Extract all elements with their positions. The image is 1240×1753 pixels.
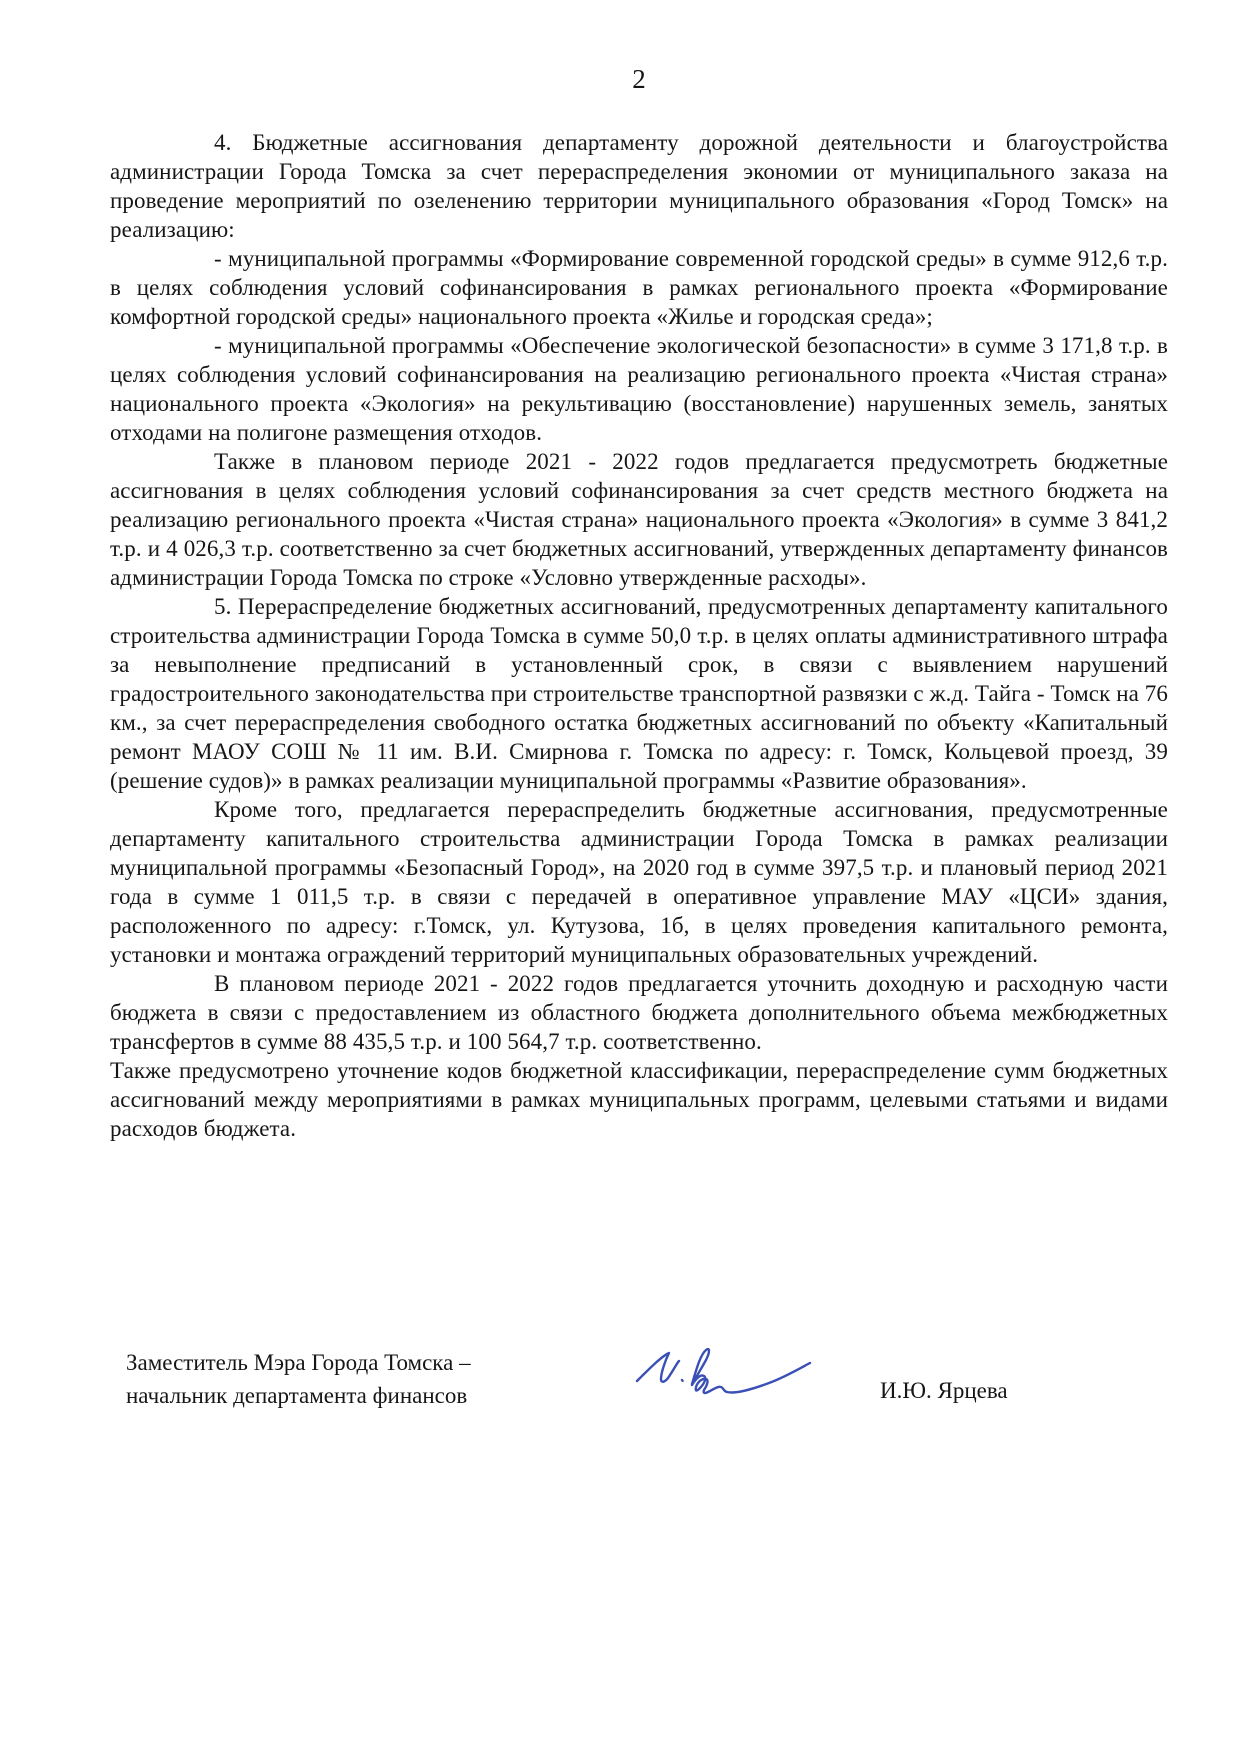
signature-title-line-2: начальник департамента финансов: [126, 1379, 471, 1412]
paragraph: Также в плановом периоде 2021 - 2022 год…: [110, 447, 1168, 592]
paragraph: Кроме того, предлагается перераспределит…: [110, 795, 1168, 969]
paragraph: 4. Бюджетные ассигнования департаменту д…: [110, 128, 1168, 244]
signature-title: Заместитель Мэра Города Томска – начальн…: [126, 1346, 471, 1412]
signature-title-line-1: Заместитель Мэра Города Томска –: [126, 1346, 471, 1379]
paragraph: - муниципальной программы «Формирование …: [110, 244, 1168, 331]
signature-name: И.Ю. Ярцева: [880, 1376, 1008, 1405]
paragraph: В плановом периоде 2021 - 2022 годов пре…: [110, 969, 1168, 1056]
paragraph: Также предусмотрено уточнение кодов бюдж…: [110, 1056, 1168, 1143]
handwritten-signature-ink: [634, 1342, 818, 1402]
document-page: 2 4. Бюджетные ассигнования департаменту…: [0, 0, 1240, 1753]
paragraph: - муниципальной программы «Обеспечение э…: [110, 331, 1168, 447]
page-number: 2: [110, 64, 1168, 94]
paragraph: 5. Перераспределение бюджетных ассигнова…: [110, 592, 1168, 795]
signature-stroke: [637, 1349, 810, 1393]
document-body: 4. Бюджетные ассигнования департаменту д…: [110, 128, 1168, 1143]
